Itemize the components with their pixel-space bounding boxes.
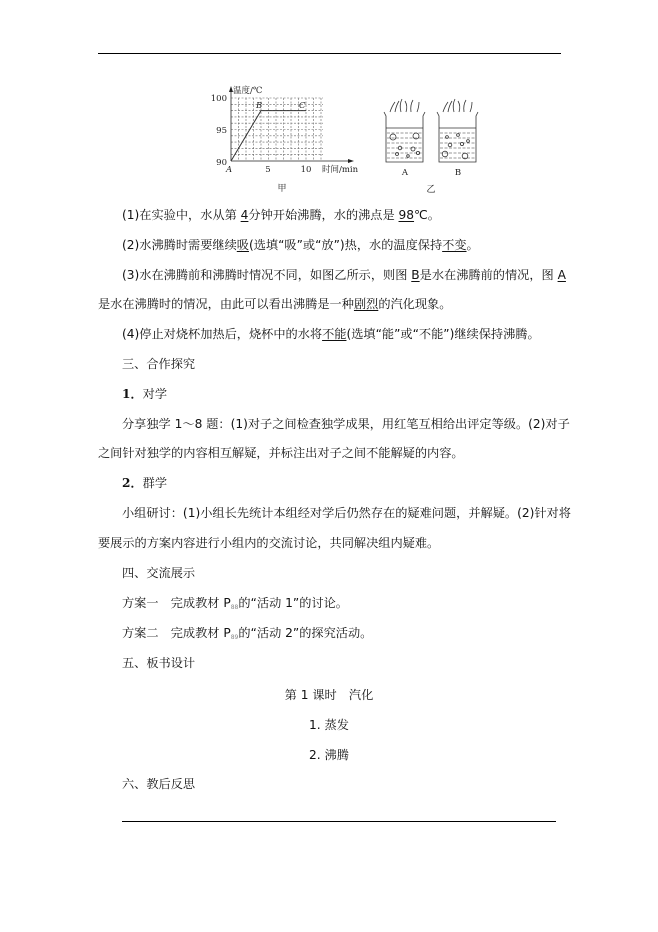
answer-boiling-point: 98 <box>399 208 415 222</box>
y-axis-label: 温度/℃ <box>233 85 262 96</box>
pair-study-line-1: 分享独学 1～8 题：(1)对子之间检查独学成果，用红笔互相给出评定等级。(2)… <box>122 416 570 432</box>
beaker-a-label: A <box>401 168 409 178</box>
answer-before-boiling: B <box>411 268 419 282</box>
temperature-time-chart: 温度/℃ 100 95 90 A 5 10 时间/min B C 甲 <box>195 80 370 200</box>
chart-caption: 甲 <box>277 183 286 194</box>
answer-violent: 剧烈 <box>354 297 378 311</box>
section-6-heading: 六、教后反思 <box>122 776 195 792</box>
board-item-evaporation: 1. 蒸发 <box>0 717 658 733</box>
point-c-label: C <box>299 101 306 111</box>
subsection-pair-study: 1．对学 <box>122 386 167 402</box>
beaker-a-icon <box>384 99 425 162</box>
question-1: (1)在实验中，水从第 4分钟开始沸腾，水的沸点是 98℃。 <box>122 207 440 223</box>
question-4: (4)停止对烧杯加热后，烧杯中的水将不能(选填“能”或“不能”)继续保持沸腾。 <box>122 326 540 342</box>
group-study-line-1: 小组研讨：(1)小组长先统计本组经对学后仍然存在的疑难问题，并解疑。(2)针对将 <box>122 505 571 521</box>
beaker-b-label: B <box>455 168 461 178</box>
board-title: 第 1 课时 汽化 <box>0 687 658 703</box>
origin-label: A <box>225 165 232 175</box>
y-tick-95: 95 <box>216 126 227 136</box>
question-2: (2)水沸腾时需要继续吸(选填“吸”或“放”)热，水的温度保持不变。 <box>122 237 479 253</box>
subsection-group-study: 2．群学 <box>122 475 167 491</box>
answer-absorb: 吸 <box>237 238 249 252</box>
beaker-b-icon <box>437 99 478 162</box>
x-tick-5: 5 <box>265 165 270 175</box>
section-5-heading: 五、板书设计 <box>122 655 195 671</box>
answer-cannot: 不能 <box>322 327 346 341</box>
plan-2: 方案二 完成教材 P89的“活动 2”的探究活动。 <box>122 625 372 646</box>
pair-study-line-2: 之间针对独学的内容相互解疑，并标注出对子之间不能解疑的内容。 <box>98 445 464 461</box>
x-tick-10: 10 <box>301 165 312 175</box>
top-rule <box>98 53 561 54</box>
y-tick-100: 100 <box>211 94 227 104</box>
beakers-caption: 乙 <box>426 184 435 195</box>
section-3-heading: 三、合作探究 <box>122 356 195 372</box>
answer-during-boiling: A <box>558 268 566 282</box>
question-3-line-2: 是水在沸腾时的情况，由此可以看出沸腾是一种剧烈的汽化现象。 <box>98 296 451 312</box>
answer-unchanged: 不变 <box>442 238 466 252</box>
beakers-figure: A B 乙 <box>370 95 480 200</box>
plan-1: 方案一 完成教材 P88的“活动 1”的讨论。 <box>122 595 348 616</box>
group-study-line-2: 要展示的方案内容进行小组内的交流讨论，共同解决组内疑难。 <box>98 535 439 551</box>
x-axis-label: 时间/min <box>322 164 359 175</box>
section-4-heading: 四、交流展示 <box>122 565 195 581</box>
question-3-line-1: (3)水在沸腾前和沸腾时情况不同，如图乙所示，则图 B是水在沸腾前的情况，图 A <box>122 267 566 283</box>
board-item-boiling: 2. 沸腾 <box>0 747 658 763</box>
bottom-rule <box>122 821 556 822</box>
point-b-label: B <box>255 101 262 111</box>
